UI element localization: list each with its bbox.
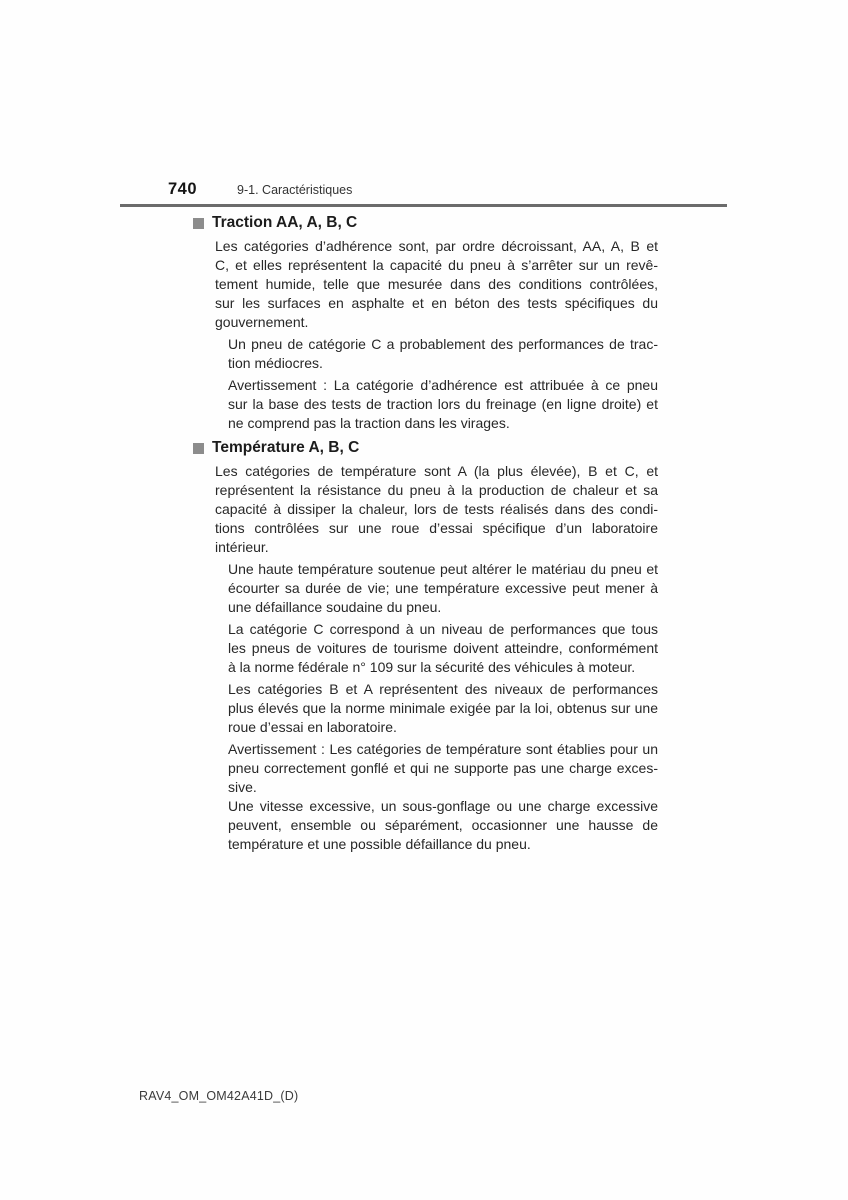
text-line: tions contrôlées sur une roue d’essai sp… (215, 519, 658, 538)
paragraph: Un pneu de catégorie C a probablement de… (228, 335, 658, 373)
section: Traction AA, A, B, CLes catégories d’adh… (193, 212, 659, 433)
text-line: Une vitesse excessive, un sous-gonflage … (228, 797, 658, 816)
text-line: représentent la résistance du pneu à la … (215, 481, 658, 500)
text-line: plus élevés que la norme minimale exigée… (228, 699, 658, 718)
section-heading: Traction AA, A, B, C (193, 212, 659, 234)
chapter-title: 9-1. Caractéristiques (237, 183, 352, 197)
text-line: peuvent, ensemble ou séparément, occasio… (228, 816, 658, 835)
text-line: C, et elles représentent la capacité du … (215, 256, 658, 275)
text-line: à la norme fédérale n° 109 sur la sécuri… (228, 658, 658, 677)
manual-page: 740 9-1. Caractéristiques Traction AA, A… (0, 0, 848, 1200)
text-line: sur les surfaces en asphalte et en béton… (215, 294, 658, 313)
paragraph: Les catégories d’adhérence sont, par ord… (215, 237, 658, 332)
section-title: Température A, B, C (212, 439, 359, 457)
paragraph: Une haute température soutenue peut alté… (228, 560, 658, 617)
text-line: tion médiocres. (228, 354, 658, 373)
section-heading: Température A, B, C (193, 437, 659, 459)
text-line: La catégorie C correspond à un niveau de… (228, 620, 658, 639)
text-line: Avertissement : La catégorie d’adhérence… (228, 376, 658, 395)
text-line: Une haute température soutenue peut alté… (228, 560, 658, 579)
text-line: Les catégories B et A représentent des n… (228, 680, 658, 699)
header-rule (120, 204, 727, 207)
text-line: roue d’essai en laboratoire. (228, 718, 658, 737)
text-line: Les catégories d’adhérence sont, par ord… (215, 237, 658, 256)
text-line: les pneus de voitures de tourisme doiven… (228, 639, 658, 658)
content: Traction AA, A, B, CLes catégories d’adh… (193, 212, 659, 854)
text-line: Les catégories de température sont A (la… (215, 462, 658, 481)
page-footer: RAV4_OM_OM42A41D_(D) (139, 1089, 298, 1103)
section: Température A, B, CLes catégories de tem… (193, 437, 659, 854)
paragraph: La catégorie C correspond à un niveau de… (228, 620, 658, 677)
text-line: tement humide, telle que mesurée dans de… (215, 275, 658, 294)
text-line: sive. (228, 778, 658, 797)
text-line: ne comprend pas la traction dans les vir… (228, 414, 658, 433)
doc-code: RAV4_OM_OM42A41D_(D) (139, 1089, 298, 1103)
square-bullet-icon (193, 218, 204, 229)
page-number: 740 (168, 180, 197, 199)
text-line: Avertissement : Les catégories de tempér… (228, 740, 658, 759)
text-line: pneu correctement gonflé et qui ne suppo… (228, 759, 658, 778)
paragraph: Les catégories de température sont A (la… (215, 462, 658, 557)
text-line: une défaillance soudaine du pneu. (228, 598, 658, 617)
paragraph: Avertissement : La catégorie d’adhérence… (228, 376, 658, 433)
square-bullet-icon (193, 443, 204, 454)
text-line: écourter sa durée de vie; une températur… (228, 579, 658, 598)
text-line: sur la base des tests de traction lors d… (228, 395, 658, 414)
paragraph: Une vitesse excessive, un sous-gonflage … (228, 797, 658, 854)
text-line: Un pneu de catégorie C a probablement de… (228, 335, 658, 354)
paragraph: Les catégories B et A représentent des n… (228, 680, 658, 737)
page-header: 740 9-1. Caractéristiques (168, 180, 352, 199)
text-line: intérieur. (215, 538, 658, 557)
text-line: température et une possible défaillance … (228, 835, 658, 854)
text-line: gouvernement. (215, 313, 658, 332)
section-title: Traction AA, A, B, C (212, 214, 357, 232)
text-line: capacité à dissiper la chaleur, lors de … (215, 500, 658, 519)
paragraph: Avertissement : Les catégories de tempér… (228, 740, 658, 797)
